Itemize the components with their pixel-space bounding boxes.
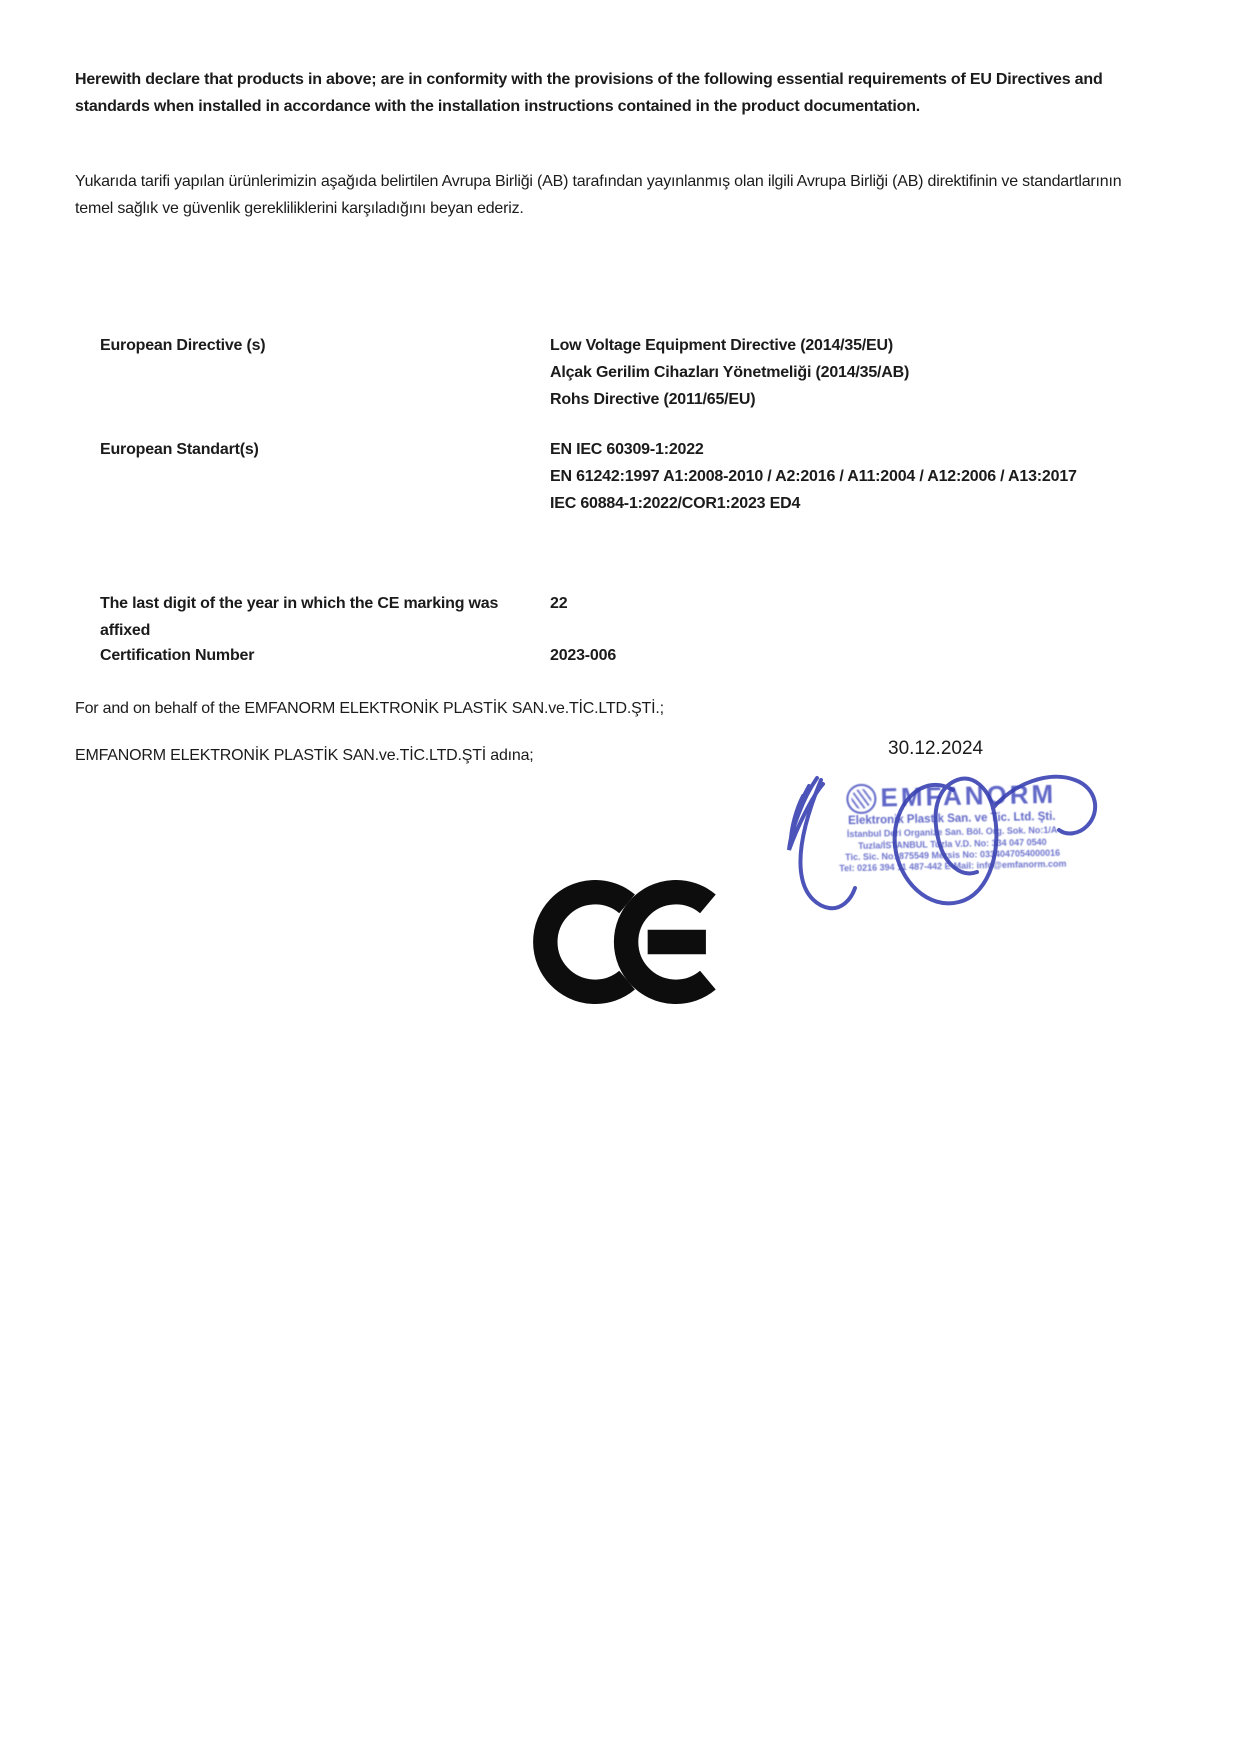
- standard-line: EN IEC 60309-1:2022: [550, 436, 1110, 463]
- field-label-certification-number: Certification Number: [100, 642, 550, 669]
- ce-declaration-document: Herewith declare that products in above;…: [0, 0, 1241, 1755]
- standard-line: IEC 60884-1:2022/COR1:2023 ED4: [550, 490, 1110, 517]
- field-label-european-directives: European Directive (s): [100, 332, 550, 359]
- field-label-ce-marking-year: The last digit of the year in which the …: [100, 590, 550, 644]
- declaration-paragraph-tr: Yukarıda tarifi yapılan ürünlerimizin aş…: [75, 168, 1150, 222]
- field-value-european-standards: EN IEC 60309-1:2022 EN 61242:1997 A1:200…: [550, 436, 1110, 517]
- handwritten-signature-icon: [745, 750, 1115, 925]
- field-european-directives: European Directive (s) Low Voltage Equip…: [100, 332, 1170, 413]
- declaration-paragraph-en: Herewith declare that products in above;…: [75, 66, 1150, 120]
- field-value-european-directives: Low Voltage Equipment Directive (2014/35…: [550, 332, 1110, 413]
- directive-line: Low Voltage Equipment Directive (2014/35…: [550, 332, 1110, 359]
- field-certification-number: Certification Number 2023-006: [100, 642, 1170, 669]
- directive-line: Alçak Gerilim Cihazları Yönetmeliği (201…: [550, 359, 1110, 386]
- behalf-line-en: For and on behalf of the EMFANORM ELEKTR…: [75, 697, 1150, 721]
- ce-mark-icon: [533, 880, 721, 1004]
- directive-line: Rohs Directive (2011/65/EU): [550, 386, 1110, 413]
- field-european-standards: European Standart(s) EN IEC 60309-1:2022…: [100, 436, 1170, 517]
- standard-line: EN 61242:1997 A1:2008-2010 / A2:2016 / A…: [550, 463, 1110, 490]
- field-label-european-standards: European Standart(s): [100, 436, 550, 463]
- field-value-certification-number: 2023-006: [550, 642, 1110, 669]
- field-value-ce-marking-year: 22: [550, 590, 1110, 617]
- field-ce-marking-year: The last digit of the year in which the …: [100, 590, 1170, 644]
